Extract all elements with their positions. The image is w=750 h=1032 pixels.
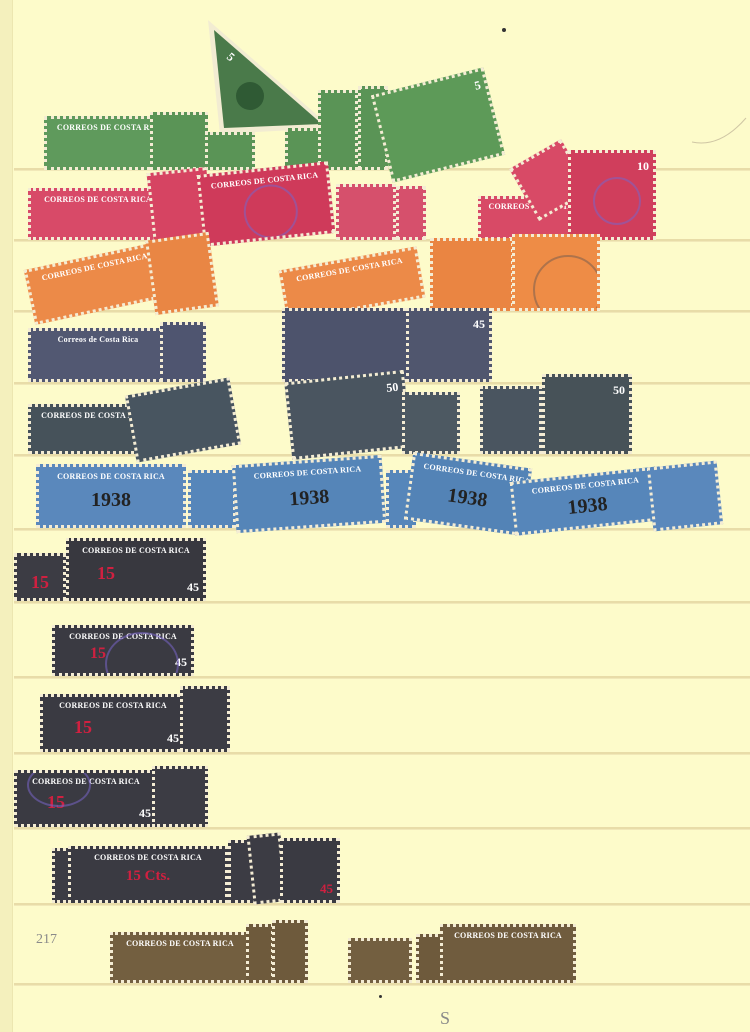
stamp: CORREOS DE COSTA RICA	[110, 932, 250, 983]
stamp-value: 50	[386, 380, 400, 396]
stamp: Correos de Costa Rica	[28, 328, 168, 382]
strip-line	[14, 676, 750, 679]
stamp: CORREOS DE COSTA RICA 15 45	[52, 625, 194, 676]
stamp: CORREOS DE COSTA RICA	[440, 924, 576, 983]
stamp-header: CORREOS DE COSTA RICA	[423, 462, 519, 484]
strip-line	[14, 983, 750, 986]
stamp: CORREOS DE COSTA RICA 1938	[510, 466, 665, 535]
stamp-header: Correos de Costa Rica	[42, 335, 155, 344]
strip-line	[14, 454, 750, 457]
stamp-header: CORREOS DE COSTA RICA	[247, 464, 368, 481]
stamp-value: 45	[139, 806, 151, 821]
stamp-value: 5	[473, 78, 482, 94]
stamp-overprint: 1938	[237, 482, 382, 515]
stamp-overprint: 1938	[409, 479, 525, 518]
stamp-value: 10	[637, 159, 649, 174]
stamp	[480, 386, 542, 454]
strip-line	[14, 601, 750, 604]
ink-dot	[502, 28, 506, 32]
postmark	[241, 182, 300, 241]
stamp: 45	[280, 838, 340, 903]
page-binding-margin	[0, 0, 13, 1032]
stamp: 10	[568, 150, 656, 240]
stamp-overprint: 15	[40, 717, 183, 738]
stamp: CORREOS DE COSTA RICA 15 45	[14, 770, 158, 827]
stamp-header: CORREOS DE COSTA RICA	[80, 546, 193, 555]
stamp	[246, 924, 274, 983]
stamp-header: CORREOS DE COSTA RICA	[39, 251, 151, 283]
stamp-value: 45	[473, 317, 485, 332]
stamp-header: CORREOS DE COSTA RICA	[57, 123, 161, 132]
stamp	[150, 112, 208, 170]
stamp-header: CORREOS DE COSTA RICA	[124, 939, 237, 948]
pencil-curve	[690, 110, 750, 150]
stamp-value: 45	[320, 881, 333, 897]
stamp: CORREOS DE COSTA RICA 15 45	[40, 694, 186, 752]
stamp	[348, 938, 412, 983]
stamp: 50	[284, 370, 411, 460]
stamp-header: CORREOS DE COSTA RICA	[42, 195, 155, 204]
stamp	[188, 470, 236, 528]
pencil-mark: S	[440, 1008, 450, 1029]
stamp: CORREOS DE COSTA RICA 15 45	[66, 538, 206, 601]
stamp: CORREOS DE COSTA RICA 15 Cts.	[68, 846, 228, 903]
stamp	[160, 322, 206, 382]
postmark	[593, 177, 641, 225]
stamp: 45	[406, 308, 492, 382]
stamp	[512, 234, 600, 311]
stamp-overprint: 15	[66, 563, 203, 584]
ink-dot	[379, 995, 382, 998]
stamp-overprint: 15	[17, 572, 63, 593]
stamp	[205, 132, 255, 170]
stamp-header: CORREOS DE COSTA RICA	[293, 255, 405, 283]
stamp	[318, 90, 358, 170]
stamp	[402, 392, 460, 454]
stamp	[180, 686, 230, 752]
stamp-header: CORREOS DE COSTA RICA	[83, 853, 212, 862]
stamp-overprint: 15 Cts.	[71, 868, 225, 885]
stamp-value: 45	[167, 731, 179, 746]
stamp	[430, 238, 514, 311]
stamp: 5	[371, 67, 505, 182]
strip-line	[14, 903, 750, 906]
stamp: CORREOS DE COSTA RICA	[197, 161, 336, 246]
stock-page: 5 CORREOS DE COSTA RICA 5 CORREOS DE COS…	[0, 0, 750, 1032]
stamp	[152, 766, 208, 827]
pencil-annotation: 217	[36, 932, 57, 948]
stamp: 15	[14, 553, 66, 601]
stamp: CORREOS DE COSTA RICA 1938	[36, 464, 186, 528]
stamp-overprint: 1938	[39, 489, 183, 512]
stamp: CORREOS DE COSTA RICA	[28, 188, 168, 240]
stamp	[125, 377, 241, 462]
stamp-value: 50	[613, 383, 625, 398]
strip-line	[14, 752, 750, 755]
stamp	[336, 184, 396, 240]
stamp	[396, 186, 426, 240]
strip-line	[14, 528, 750, 531]
stamp: CORREOS DE COSTA RICA 1938	[232, 455, 386, 533]
stamp: 50	[542, 374, 632, 454]
stamp	[145, 232, 219, 315]
stamp-header: CORREOS DE COSTA RICA	[453, 931, 562, 940]
strip-line	[14, 827, 750, 830]
stamp-header: CORREOS DE COSTA RICA	[51, 472, 172, 481]
stamp	[647, 461, 723, 532]
stamp-value: 45	[187, 580, 199, 595]
postmark	[533, 255, 600, 311]
stamp-header: CORREOS DE COSTA RICA	[54, 701, 172, 710]
stamp	[272, 920, 308, 983]
